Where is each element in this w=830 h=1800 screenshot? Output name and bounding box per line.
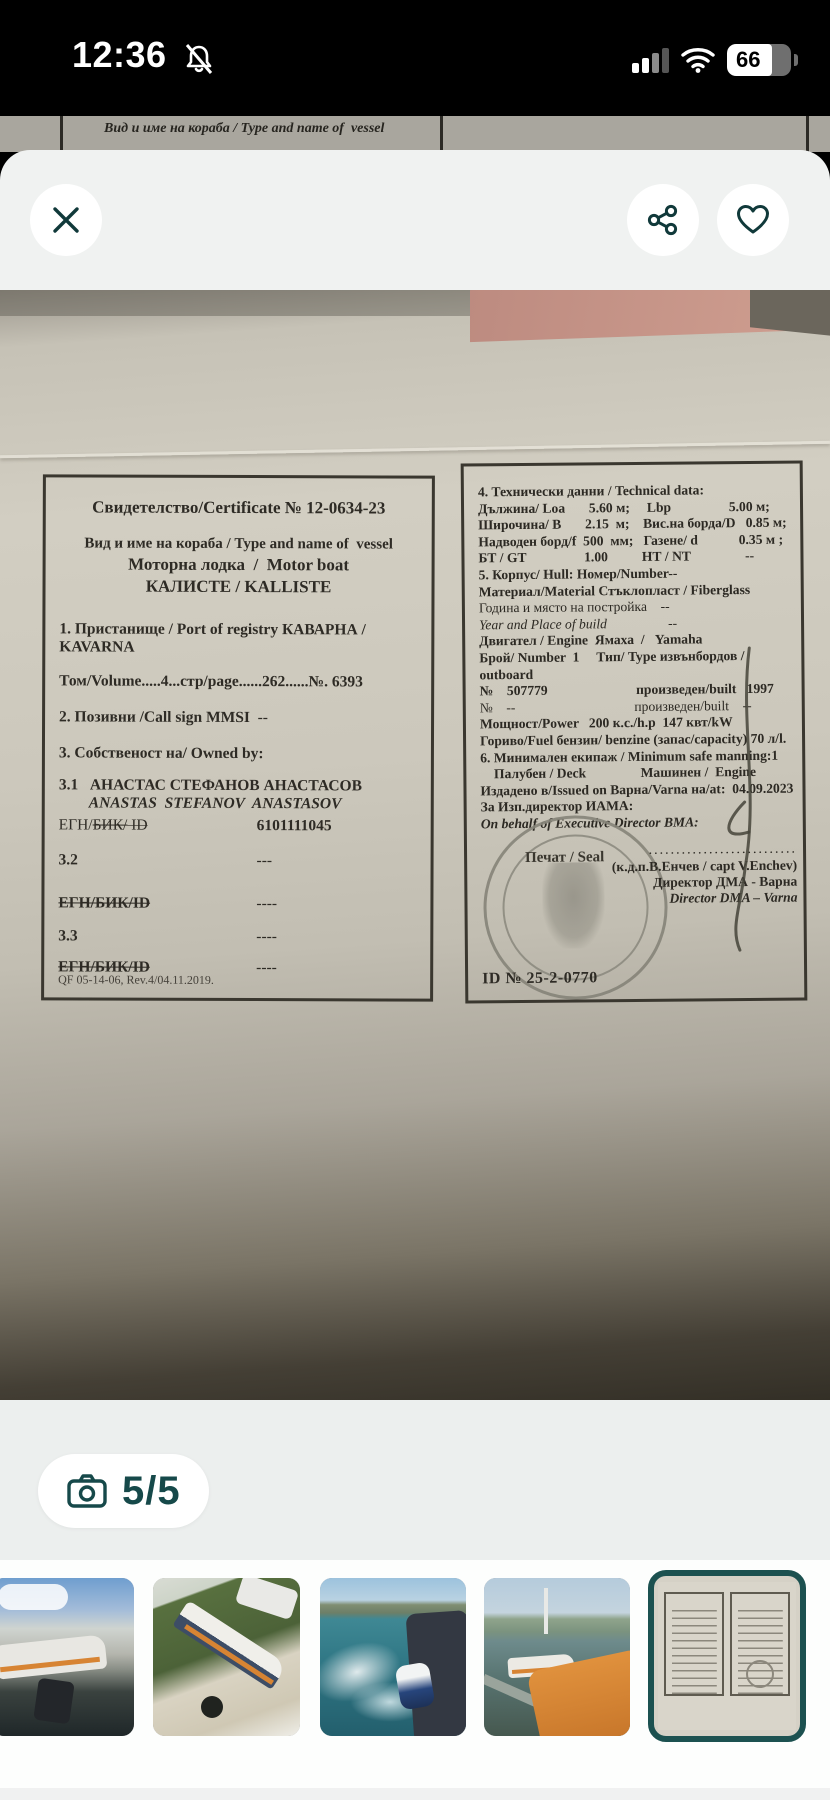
form-reference: QF 05-14-06, Rev.4/04.11.2019. [58,972,214,988]
vessel-name: КАЛИСТЕ / KALLISTE [45,576,431,597]
photo-counter-badge: 5/5 [38,1454,209,1528]
thumbnail-boat-wake[interactable] [320,1578,466,1736]
certificate-number: Свидетелство/Certificate № 12-0634-23 [46,497,432,518]
vessel-type: Моторна лодка / Motor boat [46,554,432,575]
volume-page: Том/Volume.....4...стр/page......262....… [59,672,431,691]
call-sign: 2. Позивни /Call sign MMSI -- [59,708,431,727]
material-row: Материал/Material Стъклопласт / Fibergla… [479,581,793,600]
status-bar: 12:36 66 [0,0,830,116]
photo-counter: 5/5 [122,1469,181,1514]
strip-text-left: Вид и име на кораба / Type and name of v… [104,121,384,137]
owner-3-3-row: 3.3 ---- [58,927,430,947]
bottom-edge-bar [0,1788,830,1800]
owned-by-label: 3. Собственост на/ Owned by: [59,744,431,763]
photo-peek-strip: Вид и име на кораба / Type and name of v… [0,116,830,152]
thumbnail-certificate-selected[interactable] [648,1570,806,1742]
battery-percent: 66 [727,44,791,76]
heart-icon [735,203,771,237]
viewer-header [0,150,830,290]
thumbnail-harbor-boats[interactable] [0,1578,134,1736]
owner-name-cyr: 3.1 АНАСТАС СТЕФАНОВ АНАСТАСОВ [59,776,431,795]
battery-icon: 66 [727,44,791,76]
strip-divider [440,116,443,152]
close-button[interactable] [30,184,102,256]
owner-id-value: 6101111045 [257,817,332,835]
strip-text-right: Широчина/ B 2.15 м; Вис.на борда/D 0.85 … [455,118,736,152]
wifi-icon [681,47,715,73]
share-icon [646,203,680,237]
certificate-left-box: Свидетелство/Certificate № 12-0634-23 Ви… [41,474,435,1001]
thumbnail-marina-orange-boat[interactable] [484,1578,630,1736]
photo-viewer-screen: 12:36 66 [0,0,830,1800]
share-button[interactable] [627,184,699,256]
port-of-registry: 1. Пристанище / Port of registry КАВАРНА… [59,620,431,657]
egn-2-row: ЕГН/БИК/ID ---- [58,894,430,914]
owner-3-2-row: 3.2 --- [59,851,431,871]
close-icon [48,202,84,238]
document-photo[interactable]: Свидетелство/Certificate № 12-0634-23 Ви… [0,290,830,1400]
owner-name-lat: ANASTAS STEFANOV ANASTASOV [89,794,431,813]
thumbnail-boat-on-trailer[interactable] [153,1578,300,1736]
favorite-button[interactable] [717,184,789,256]
seal-label: Печат / Seal [525,849,604,867]
tonnage-row: БТ / GT 1.00 НТ / NT -- [478,548,792,567]
battery-nub [794,54,798,66]
vessel-type-label: Вид и име на кораба / Type and name of v… [46,535,432,553]
bell-muted-icon [182,42,216,76]
camera-icon [66,1473,108,1509]
coat-of-arms [542,862,605,949]
certificate-id: ID № 25-2-0770 [482,969,598,988]
owner-id-row: ЕГН/БИК/ ID 6101111045 [59,816,431,836]
status-time: 12:36 [72,34,167,76]
cellular-signal-icon [632,47,669,73]
certificate-right-box: 4. Технически данни / Technical data: Дъ… [461,461,808,1004]
strip-divider [806,116,809,152]
paper-crease [0,441,830,458]
strip-divider [60,116,63,152]
pen-signature [709,642,776,963]
